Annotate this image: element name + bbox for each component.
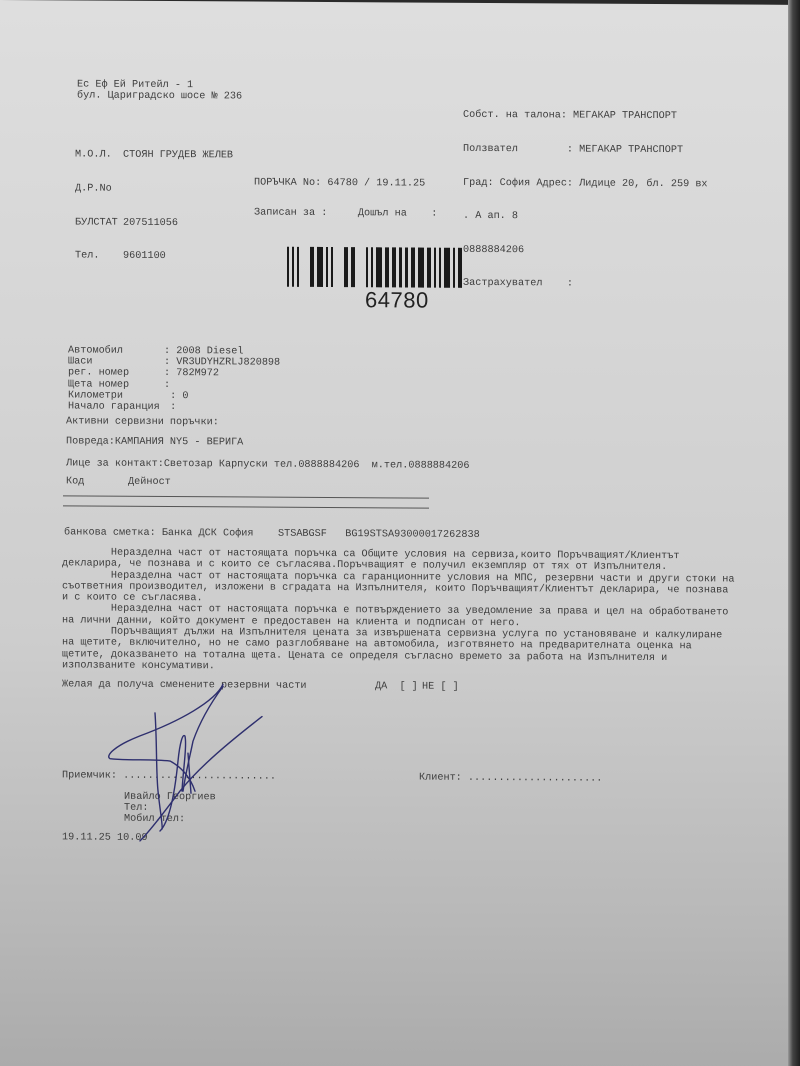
dr-label: Д.Р.No: [75, 183, 112, 194]
vehicle-field-value: :: [164, 402, 176, 413]
barcode: [287, 247, 517, 288]
vehicle-field-value: : 2008 Diesel: [164, 346, 243, 358]
terms-text: Неразделна част от настоящата поръчка са…: [62, 547, 735, 675]
parts-yes-checkbox[interactable]: ДА [ ]: [375, 681, 418, 692]
vehicle-field-label: Километри: [68, 390, 164, 402]
owner-line: Собст. на талона: МЕГАКАР ТРАНСПОРТ: [463, 110, 708, 123]
barcode-bar: [331, 247, 333, 287]
bulstat-label: БУЛСТАТ: [75, 217, 123, 228]
barcode-bar: [358, 247, 363, 287]
barcode-bar: [297, 247, 299, 287]
barcode-bar: [453, 248, 455, 288]
barcode-bar: [427, 248, 431, 288]
barcode-bar: [439, 248, 441, 288]
receiver-tel: Тел:: [124, 803, 148, 814]
barcode-bar: [411, 248, 415, 288]
barcode-bar: [444, 248, 450, 288]
client-signature-line: Клиент: ......................: [419, 773, 602, 785]
vehicle-field-label: Щета номер: [68, 379, 164, 391]
address-line-2: . А ап. 8: [463, 211, 708, 224]
bulstat-value: 207511056: [123, 217, 178, 229]
barcode-bar: [434, 248, 436, 288]
vehicle-field-label: Шаси: [68, 357, 164, 369]
tel-value: 9601100: [123, 251, 166, 262]
barcode-bar: [287, 247, 289, 287]
col-activity: Дейност: [128, 477, 171, 488]
barcode-bar: [326, 247, 328, 287]
barcode-bar: [385, 247, 389, 287]
mol-value: СТОЯН ГРУДЕВ ЖЕЛЕВ: [123, 150, 233, 162]
vehicle-field-value: : VR3UDYHZRLJ820898: [164, 357, 280, 369]
barcode-bar: [302, 247, 307, 287]
barcode-bar: [351, 247, 355, 287]
address-line: Град: София Адрес: Лидице 20, бл. 259 вх: [463, 177, 708, 190]
receiver-signature-line: Приемчик: .........................: [62, 770, 276, 783]
col-code: Код: [66, 476, 84, 487]
vehicle-field-label: Автомобил: [68, 345, 164, 357]
parts-question: Желая да получа сменените резервни части: [62, 679, 307, 692]
vehicle-field-value: : 0: [164, 391, 188, 402]
vehicle-field-value: :: [164, 380, 170, 391]
receiver-mobile: Мобил.тел:: [124, 814, 185, 826]
barcode-bar: [418, 248, 424, 288]
barcode-bar: [376, 247, 382, 287]
company-details: М.О.Л.СТОЯН ГРУДЕВ ЖЕЛЕВ Д.Р.No БУЛСТАТ2…: [75, 127, 233, 285]
barcode-bar: [292, 247, 294, 287]
vehicle-field-label: Начало гаранция: [68, 401, 164, 413]
barcode-bar: [399, 247, 402, 287]
divider: [63, 495, 429, 498]
damage-line: Повреда:КАМПАНИЯ NY5 - ВЕРИГА: [66, 436, 243, 448]
vehicle-field-value: : 782M972: [164, 368, 219, 380]
divider: [63, 505, 429, 508]
vehicle-block: Автомобил: 2008 DieselШаси: VR3UDYHZRLJ8…: [68, 345, 280, 414]
barcode-bar: [310, 247, 314, 287]
vehicle-field-label: рег. номер: [68, 368, 164, 380]
paper-edge: [788, 0, 800, 1066]
mol-label: М.О.Л.: [75, 150, 123, 161]
order-title: ПОРЪЧКА No: 64780 / 19.11.25: [254, 178, 425, 190]
user-line: Ползвател : МЕГАКАР ТРАНСПОРТ: [463, 144, 708, 157]
receiver-name: Ивайло Георгиев: [124, 792, 216, 804]
barcode-bar: [366, 247, 368, 287]
contact-line: Лице за контакт:Светозар Карпуски тел.08…: [66, 458, 470, 472]
barcode-bar: [371, 247, 373, 287]
barcode-number: 64780: [365, 287, 429, 313]
document-page: Ес Еф Ей Ритейл - 1 бул. Цариградско шос…: [0, 0, 790, 1066]
bank-account: банкова сметка: Банка ДСК София STSABGSF…: [64, 527, 480, 541]
company-address: бул. Цариградско шосе № 236: [77, 90, 242, 102]
parts-no-checkbox[interactable]: НЕ [ ]: [422, 682, 459, 693]
barcode-bar: [344, 247, 348, 287]
barcode-bar: [405, 247, 408, 287]
active-orders-label: Активни сервизни поръчки:: [66, 416, 219, 428]
barcode-bar: [458, 248, 462, 288]
barcode-bar: [392, 247, 396, 287]
tel-label: Тел.: [75, 251, 123, 262]
barcode-bar: [317, 247, 323, 287]
order-recorded: Записан за : Дошъл на :: [254, 208, 437, 220]
vehicle-row: Начало гаранция :: [68, 401, 280, 413]
signed-datetime: 19.11.25 10.09: [62, 832, 148, 844]
barcode-bar: [336, 247, 341, 287]
